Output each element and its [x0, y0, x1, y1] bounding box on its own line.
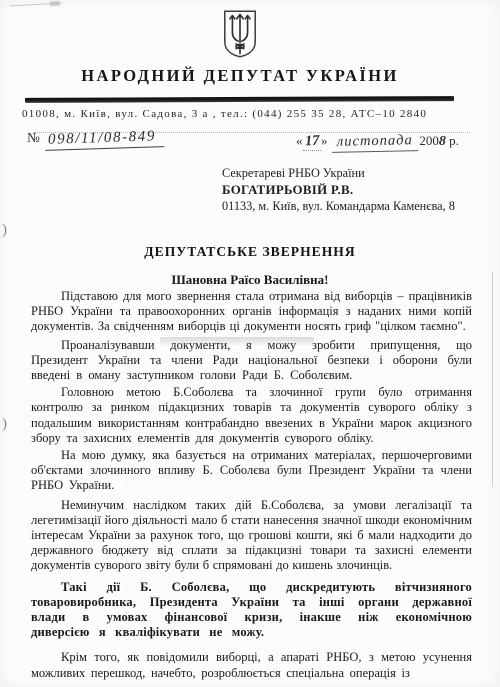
recipient-block: Секретареві РНБО України БОГАТИРЬОВІЙ Р.… — [222, 166, 455, 215]
recipient-position: Секретареві РНБО України — [222, 166, 455, 182]
scan-artifact-pencil-mark — [10, 3, 62, 13]
document-number: №098/11/08-849 — [27, 130, 164, 149]
body-paragraph: На мою думку, яка базується на отриманих… — [31, 448, 472, 494]
recipient-address: 01133, м. Київ, вул. Командарма Каменєва… — [222, 199, 455, 215]
number-label: № — [27, 130, 40, 145]
recipient-name: БОГАТИРЬОВІЙ Р.В. — [222, 182, 455, 199]
scan-artifact-mark: ) — [2, 222, 7, 239]
letterhead-address-line: 01008, м. Київ, вул. Садова, 3 а , тел.:… — [22, 108, 478, 120]
date-year-suffix: р. — [449, 133, 459, 148]
date-close-quote: » — [321, 133, 328, 148]
date-year-handwritten: 8 — [439, 134, 446, 149]
scanned-letter-page: ) ) НАРОДНИЙ ДЕПУТАТ УКРАЇНИ 01008, м. К… — [0, 0, 500, 687]
body-paragraph: Такі дії Б. Соболєва, що дискредитують в… — [31, 580, 472, 641]
reference-line: №098/11/08-849 «17»листопада2008 р. — [0, 127, 500, 161]
body-paragraph: Крім того, як повідомили виборці, а апар… — [31, 650, 472, 680]
date-month-handwritten: листопада — [331, 132, 417, 153]
salutation: Шановна Раїсо Василівна! — [0, 272, 500, 288]
scan-artifact-vertical-line — [492, 272, 493, 487]
scan-artifact-mark: ) — [2, 416, 7, 433]
number-value-handwritten: 098/11/08-849 — [45, 128, 165, 151]
date-year-printed: 200 — [419, 133, 439, 148]
letter-body: Підставою для мого звернення стала отрим… — [31, 289, 472, 681]
scan-artifact-smudge — [160, 337, 314, 345]
document-title: ДЕПУТАТСЬКЕ ЗВЕРНЕННЯ — [0, 244, 500, 260]
body-paragraph: Головною метою Б.Соболєва та злочинної г… — [31, 385, 472, 446]
letterhead-divider-rule — [25, 96, 454, 103]
body-paragraph: Неминучим наслідком таких дій Б.Соболєва… — [31, 498, 472, 574]
date-day-handwritten: 17 — [304, 133, 319, 151]
trident-emblem-icon — [221, 9, 259, 59]
letterhead-org-title: НАРОДНИЙ ДЕПУТАТ УКРАЇНИ — [10, 66, 470, 86]
body-paragraph: Підставою для мого звернення стала отрим… — [31, 289, 472, 335]
document-date: «17»листопада2008 р. — [296, 133, 459, 152]
